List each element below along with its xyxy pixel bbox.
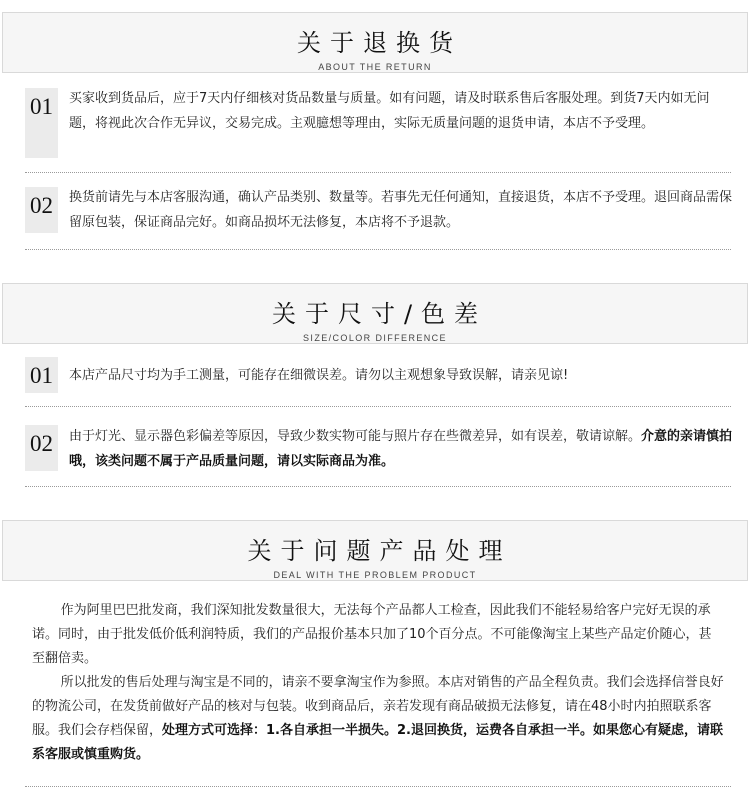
item-text-normal: 由于灯光、显示器色彩偏差等原因，导致少数实物可能与照片存在些微差异，如有误差，敬… [69, 429, 641, 444]
section-subtitle: DEAL WITH THE PROBLEM PRODUCT [3, 570, 747, 580]
item-number: 02 [25, 425, 58, 471]
item-text: 由于灯光、显示器色彩偏差等原因，导致少数实物可能与照片存在些微差异，如有误差，敬… [69, 424, 733, 474]
dotted-divider [25, 249, 731, 250]
list-item: 02 换货前请先与本店客服沟通，确认产品类别、数量等。若事先无任何通知，直接退货… [25, 187, 733, 235]
dotted-divider [25, 172, 731, 173]
paragraph: 作为阿里巴巴批发商，我们深知批发数量很大，无法每个产品都人工检查，因此我们不能轻… [32, 599, 724, 671]
dotted-divider [25, 406, 731, 407]
section-title: 关于退换货 [3, 23, 747, 58]
section-subtitle: ABOUT THE RETURN [3, 62, 747, 72]
item-number: 02 [25, 187, 58, 233]
item-text: 本店产品尺寸均为手工测量，可能存在细微误差。请勿以主观想象导致误解，请亲见谅! [69, 363, 733, 388]
item-text: 换货前请先与本店客服沟通，确认产品类别、数量等。若事先无任何通知，直接退货，本店… [69, 185, 733, 235]
section-banner-size-color: 关于尺寸/色差 SIZE/COLOR DIFFERENCE [2, 283, 748, 344]
item-text: 买家收到货品后，应于7天内仔细核对货品数量与质量。如有问题，请及时联系售后客服处… [69, 86, 733, 136]
section-banner-return: 关于退换货 ABOUT THE RETURN [2, 12, 748, 73]
section-title: 关于尺寸/色差 [3, 294, 747, 329]
dotted-divider [25, 486, 731, 487]
dotted-divider [25, 786, 731, 787]
paragraph: 所以批发的售后处理与淘宝是不同的，请亲不要拿淘宝作为参照。本店对销售的产品全程负… [32, 671, 724, 767]
list-item: 01 买家收到货品后，应于7天内仔细核对货品数量与质量。如有问题，请及时联系售后… [25, 88, 733, 160]
policy-paragraphs: 作为阿里巴巴批发商，我们深知批发数量很大，无法每个产品都人工检查，因此我们不能轻… [32, 599, 724, 767]
section-banner-problem-product: 关于问题产品处理 DEAL WITH THE PROBLEM PRODUCT [2, 520, 748, 581]
item-number: 01 [25, 357, 58, 393]
section-subtitle: SIZE/COLOR DIFFERENCE [3, 333, 747, 343]
section-title: 关于问题产品处理 [3, 531, 747, 566]
list-item: 01 本店产品尺寸均为手工测量，可能存在细微误差。请勿以主观想象导致误解，请亲见… [25, 357, 733, 393]
item-number: 01 [25, 88, 58, 158]
list-item: 02 由于灯光、显示器色彩偏差等原因，导致少数实物可能与照片存在些微差异，如有误… [25, 425, 733, 473]
